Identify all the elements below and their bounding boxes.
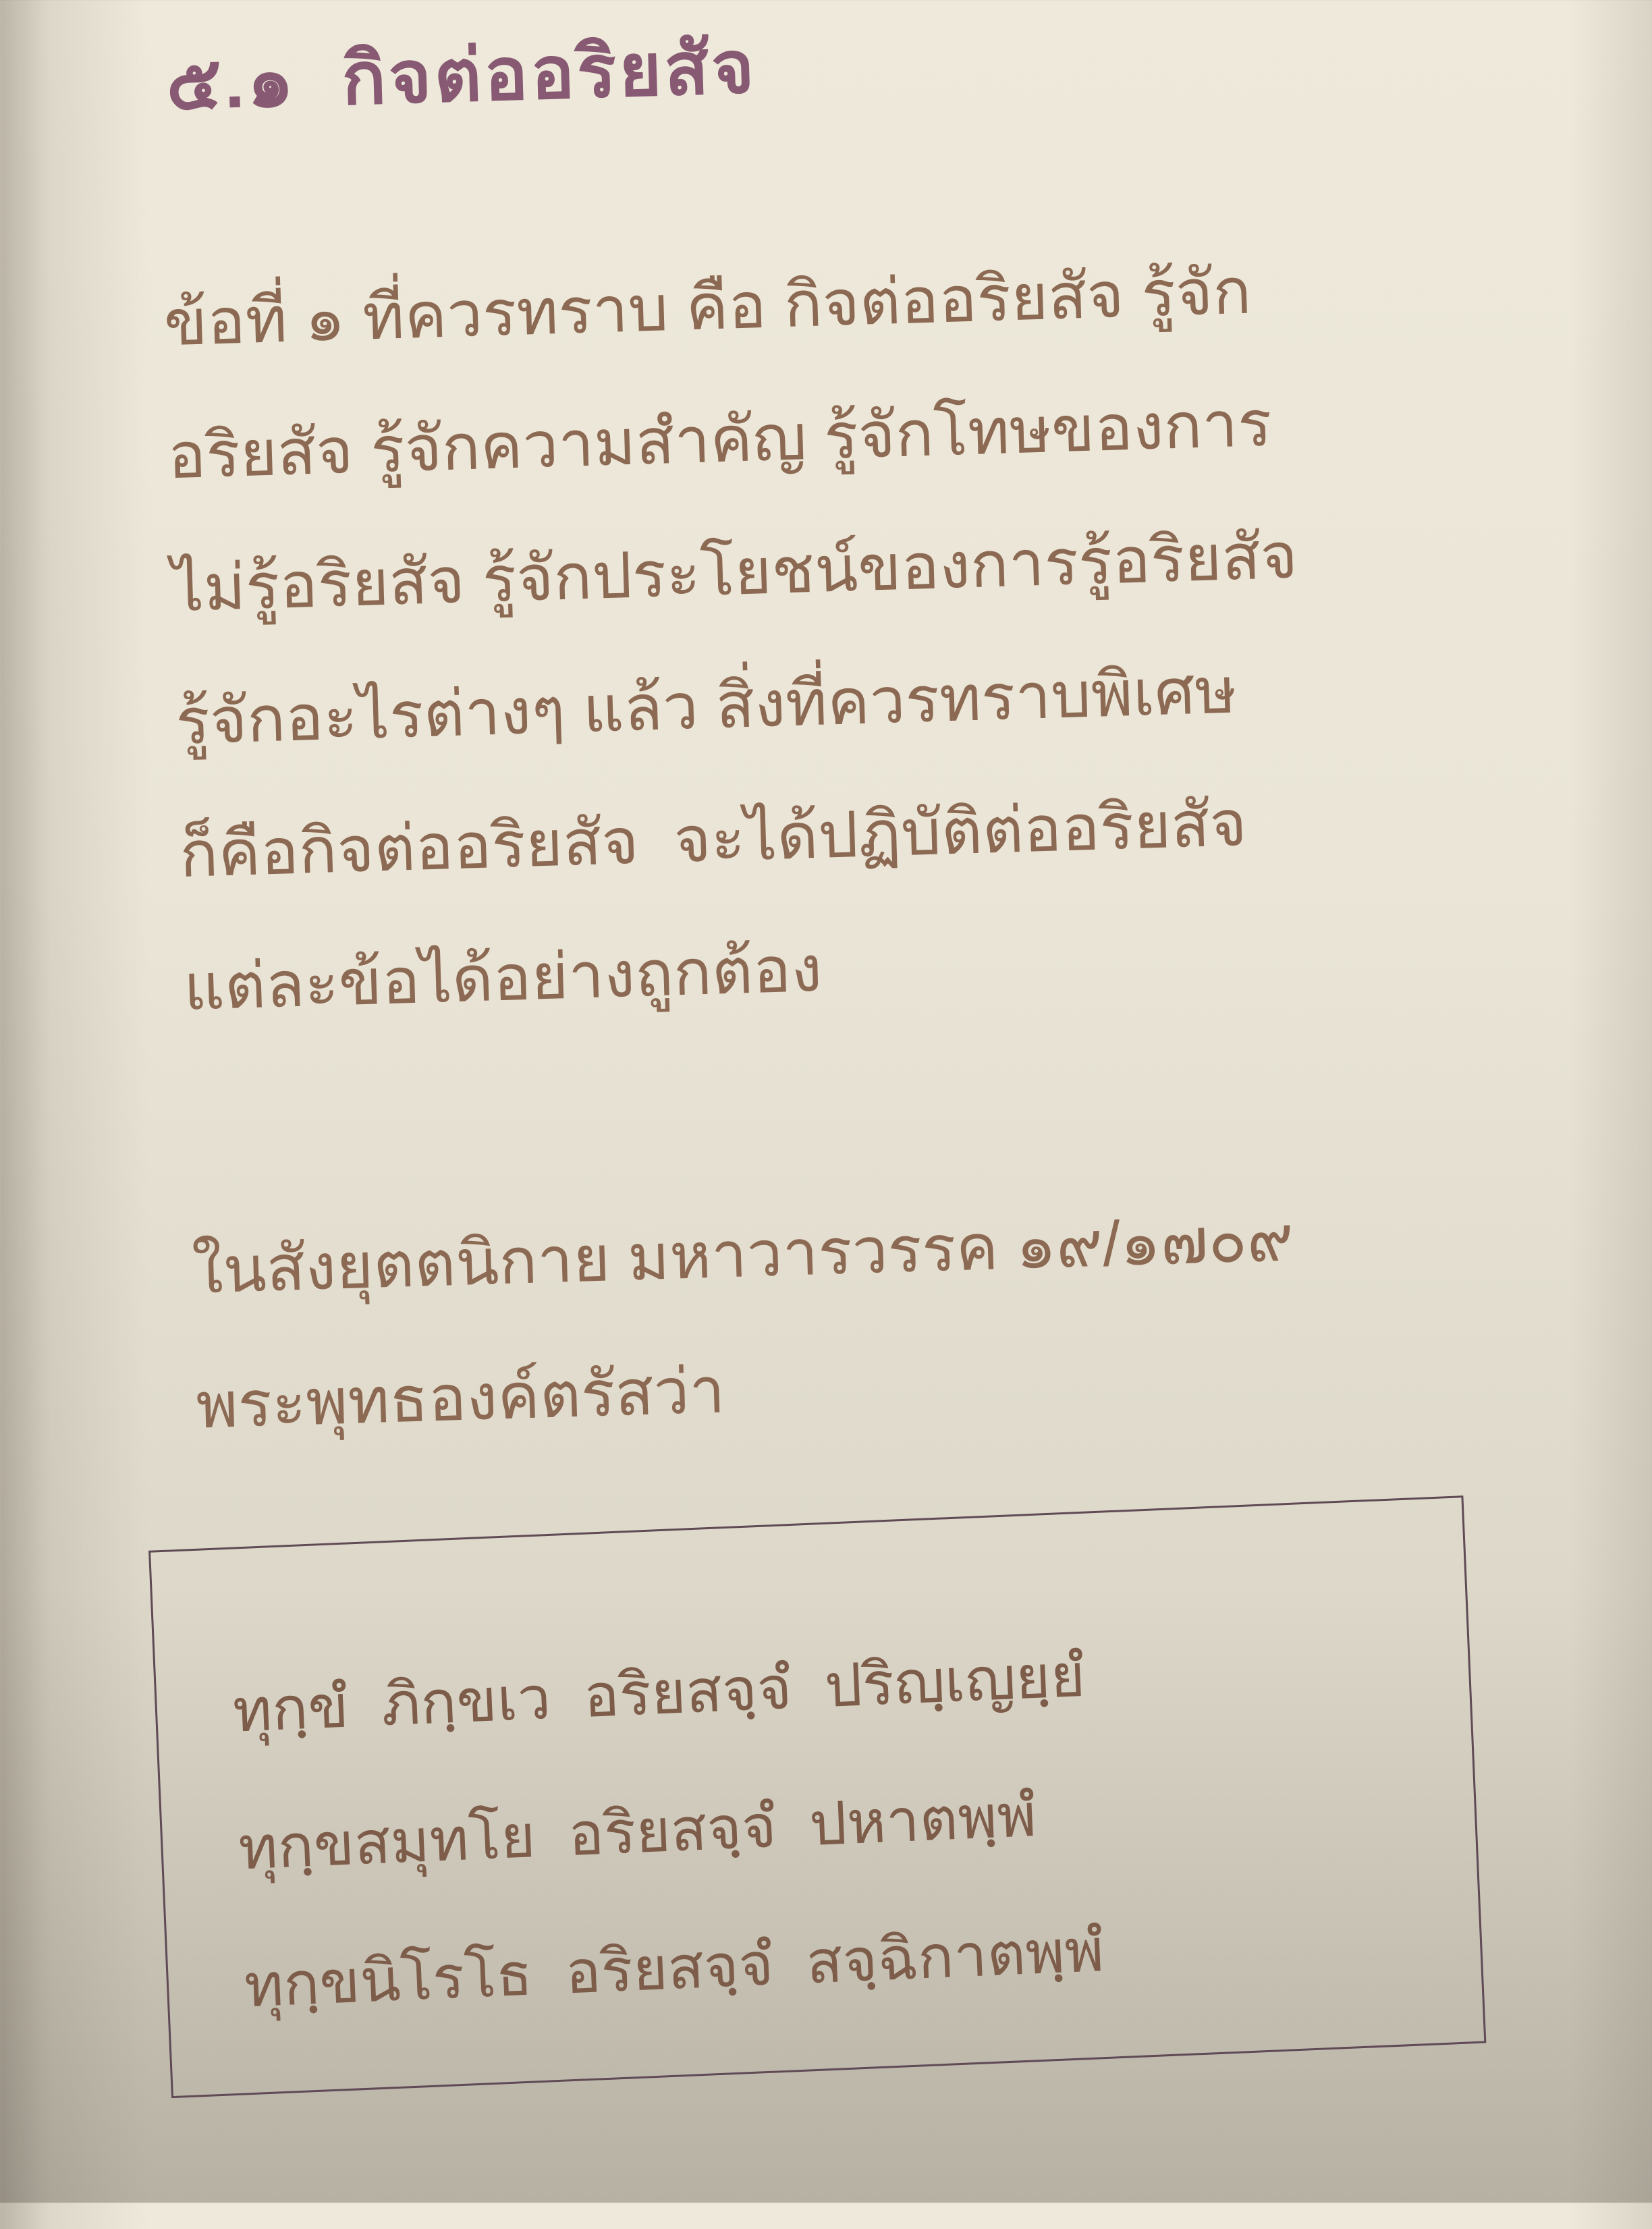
citation-paragraph: ในสังยุตตนิกาย มหาวารวรรค ๑๙/๑๗๐๙ พระพุท… <box>190 1165 1520 1474</box>
section-heading: ๕.๑ กิจต่ออริยสัจ <box>165 8 759 142</box>
body-paragraph: ข้อที่ ๑ ที่ควรทราบ คือ กิจต่ออริยสัจ รู… <box>162 217 1508 1054</box>
book-page: ๕.๑ กิจต่ออริยสัจ ข้อที่ ๑ ที่ควรทราบ คื… <box>0 0 1652 2203</box>
pali-quote-box: ทุกฺขํ ภิกฺขเว อริยสจฺจํ ปริญฺเญยฺยํ ทุก… <box>148 1495 1486 2098</box>
